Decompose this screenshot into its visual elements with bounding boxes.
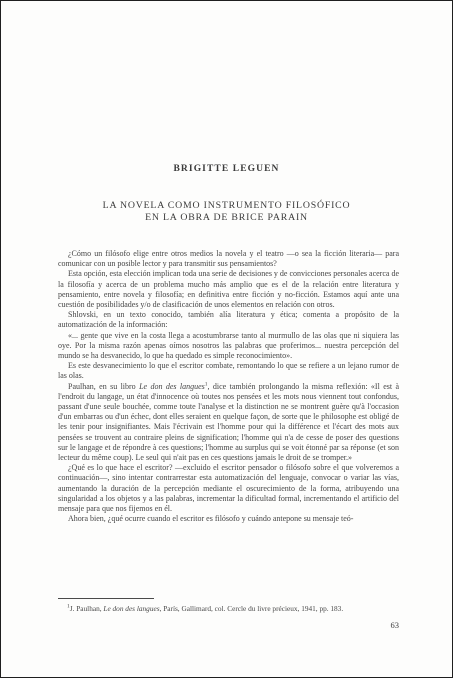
- body-paragraph: ¿Qué es lo que hace el escritor? —exclui…: [58, 463, 399, 514]
- article-title-line2: EN LA OBRA DE BRICE PARAIN: [1, 212, 452, 224]
- book-title-reference: Le don des langues: [139, 382, 205, 391]
- footnote-separator-rule: [58, 598, 154, 599]
- body-paragraph-quote: «... gente que vive en la costa llega a …: [58, 331, 399, 362]
- body-paragraph: ¿Cómo un filósofo elige entre otros medi…: [58, 249, 399, 269]
- article-title-line1: LA NOVELA COMO INSTRUMENTO FILOSÓFICO: [1, 200, 452, 212]
- author-name: BRIGITTE LEGUEN: [1, 164, 452, 174]
- footnote-author: J. Paulhan,: [70, 604, 104, 613]
- document-page: BRIGITTE LEGUEN LA NOVELA COMO INSTRUMEN…: [0, 0, 453, 678]
- body-paragraph: Es este desvanecimiento lo que el escrit…: [58, 361, 399, 381]
- body-paragraph: Ahora bien, ¿qué ocurre cuando el escrit…: [58, 514, 399, 524]
- footnote-publication-info: , París, Gallimard, col. Cercle du livre…: [160, 604, 344, 613]
- body-paragraph: Paulhan, en su libro Le don des langues1…: [58, 382, 399, 464]
- paragraph-text: Paulhan, en su libro: [68, 382, 139, 391]
- article-body: ¿Cómo un filósofo elige entre otros medi…: [58, 249, 399, 524]
- article-title: LA NOVELA COMO INSTRUMENTO FILOSÓFICO EN…: [1, 200, 452, 223]
- footnote: 1J. Paulhan, Le don des langues, París, …: [58, 604, 399, 613]
- body-paragraph: Esta opción, esta elección implican toda…: [58, 269, 399, 310]
- body-paragraph: Shlovski, en un texto conocido, también …: [58, 310, 399, 330]
- page-number: 63: [58, 620, 399, 630]
- footnote-book-title: Le don des langues: [103, 604, 159, 613]
- paragraph-text: , dice también prolongando la misma refl…: [58, 382, 399, 462]
